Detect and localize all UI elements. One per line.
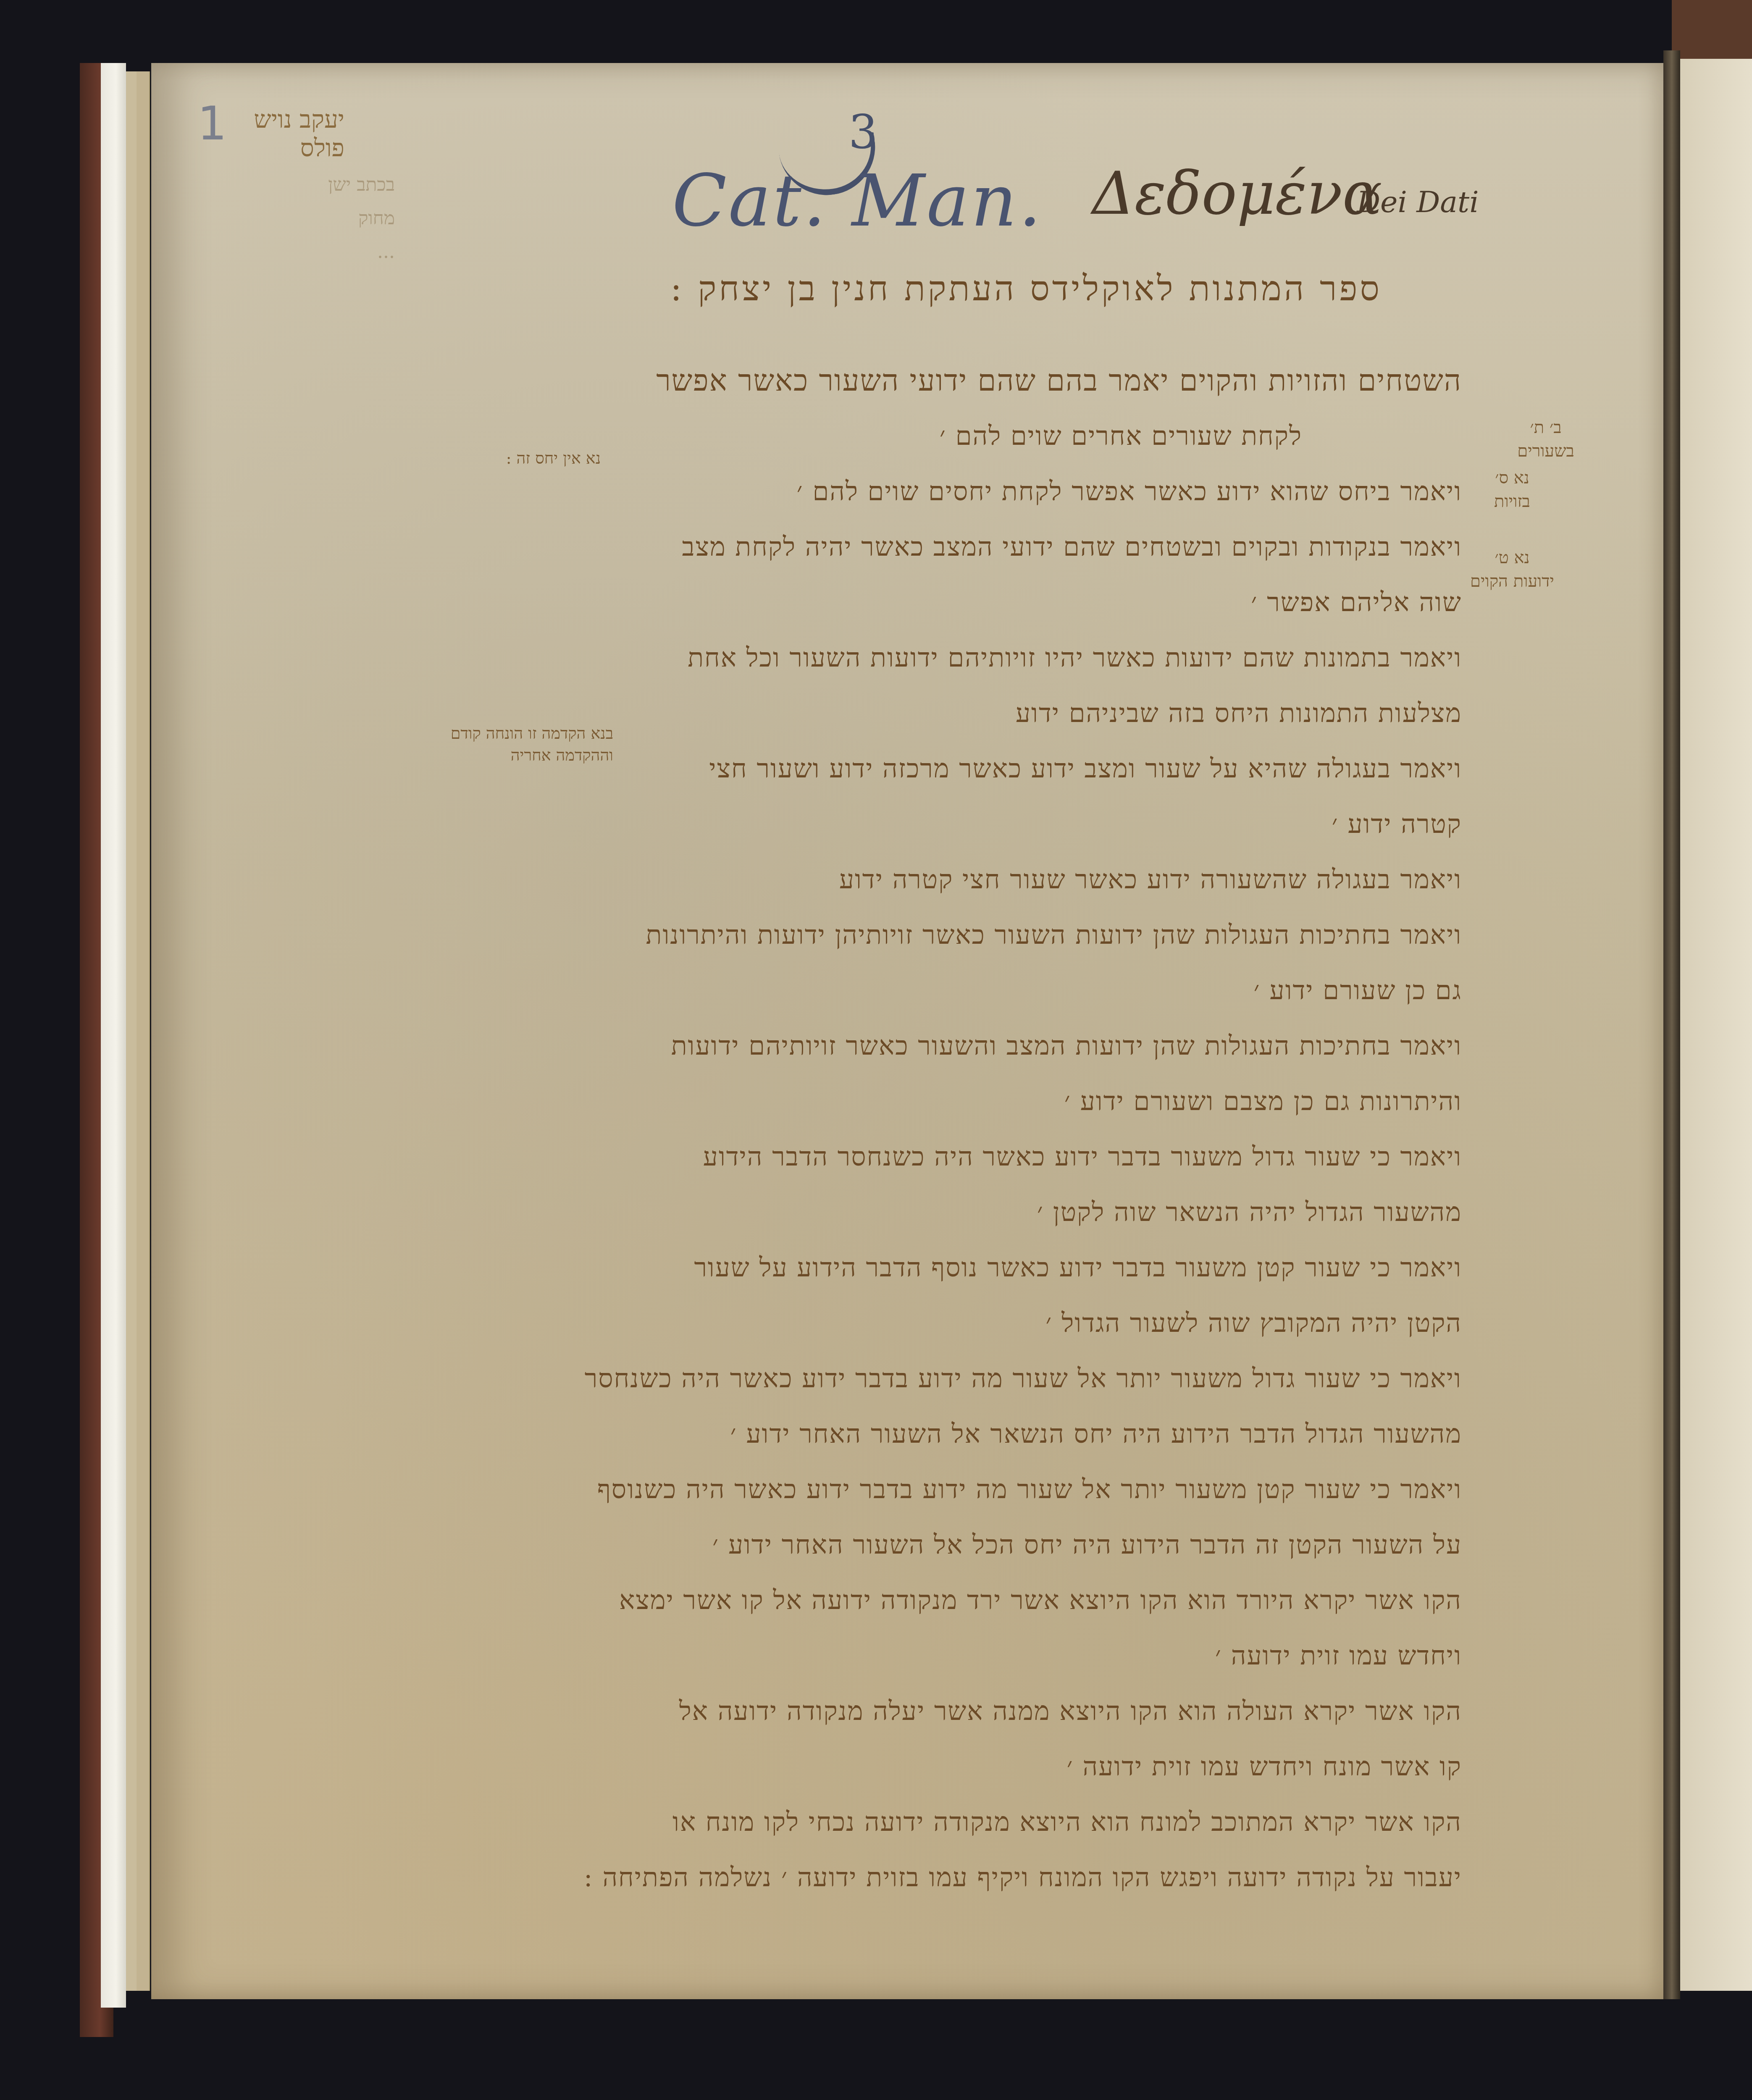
text-line: ויאמר בתמונות שהם ידועות כאשר יהיו זויות…: [601, 630, 1462, 685]
margin-note-line: וההקדמה אחריה: [445, 744, 613, 766]
endpaper: [101, 63, 126, 2008]
book-title: ספר המתנות לאוקלידס העתקת חנין בן יצחק :: [580, 269, 1382, 309]
text-line: ויאמר כי שעור גדול משעור בדבר ידוע כאשר …: [601, 1129, 1462, 1184]
main-text: השטחים והזויות והקוים יאמר בהם שהם ידועי…: [601, 353, 1462, 1905]
text-line: קו אשר מונח ויחדש עמו זוית ידועה ׳: [601, 1739, 1462, 1794]
text-line: ויאמר כי שעור קטן משעור בדבר ידוע כאשר נ…: [601, 1240, 1462, 1295]
margin-note-line: נא ס׳: [1474, 466, 1550, 490]
text-line: יעבור על נקודה ידועה ויפגש הקו המונח ויק…: [601, 1850, 1462, 1905]
text-line: גם כן שעורם ידוע ׳: [601, 963, 1462, 1018]
margin-note-line: נא אין יחס זה :: [475, 447, 601, 469]
text-line: ויאמר בנקודות ובקוים ובשטחים שהם ידועי ה…: [601, 519, 1462, 575]
margin-note-right: נא ס׳ בזויות: [1474, 466, 1550, 513]
text-line: הקו אשר יקרא העולה הוא הקו היוצא ממנה אש…: [601, 1683, 1462, 1739]
text-line: מצלעות התמונות היחס בזה שביניהם ידוע: [601, 685, 1462, 741]
latin-title: Dei Dati: [1357, 185, 1479, 219]
text-line: לקחת שעורים אחרים שוים להם ׳: [601, 408, 1462, 464]
text-line: מהשעור הגדול יהיה הנשאר שוה לקטן ׳: [601, 1184, 1462, 1240]
text-line: ויאמר כי שעור גדול משעור יותר אל שעור מה…: [601, 1351, 1462, 1406]
margin-note-line: בזויות: [1474, 490, 1550, 513]
margin-note-right: ב׳ ת׳ בשעורים: [1512, 416, 1579, 463]
faded-note-line: ...: [218, 235, 395, 269]
margin-note-left: בנא הקדמה זו הונחה קודם וההקדמה אחריה: [445, 722, 613, 766]
faded-note: בכתב ישן מחוק ...: [218, 168, 395, 269]
text-line: קטרה ידוע ׳: [601, 796, 1462, 852]
text-line: ויחדש עמו זוית ידועה ׳: [601, 1628, 1462, 1683]
margin-note-line: נא ט׳: [1462, 546, 1563, 570]
text-line: ויאמר כי שעור קטן משעור יותר אל שעור מה …: [601, 1462, 1462, 1517]
text-line: ויאמר ביחס שהוא ידוע כאשר אפשר לקחת יחסי…: [601, 464, 1462, 519]
faded-note-line: בכתב ישן: [218, 168, 395, 202]
text-line: הקו אשר יקרא היורד הוא הקו היוצא אשר ירד…: [601, 1572, 1462, 1628]
owner-note: יעקב נויש פולס: [218, 105, 344, 162]
text-line: השטחים והזויות והקוים יאמר בהם שהם ידועי…: [601, 353, 1462, 408]
text-line: שוה אליהם אפשר ׳: [601, 575, 1462, 630]
facing-page-edge: [1680, 59, 1752, 1991]
text-line: מהשעור הגדול הדבר הידוע היה יחס הנשאר אל…: [601, 1406, 1462, 1462]
gutter: [1663, 50, 1680, 1999]
margin-note-line: בשעורים: [1512, 439, 1579, 463]
text-line: ויאמר בחתיכות העגולות שהן ידועות השעור כ…: [601, 907, 1462, 963]
text-line: והיתרונות גם כן מצבם ושעורם ידוע ׳: [601, 1074, 1462, 1129]
text-line: הקו אשר יקרא המתוכב למונח הוא היוצא מנקו…: [601, 1794, 1462, 1850]
leaf-edge: [137, 71, 150, 1991]
margin-note-line: ידועות הקוים: [1462, 570, 1563, 593]
text-line: הקטן יהיה המקובץ שוה לשעור הגדול ׳: [601, 1295, 1462, 1351]
shelfmark: Cat. Man.: [672, 160, 1043, 243]
text-line: על השעור הקטן זה הדבר הידוע היה יחס הכל …: [601, 1517, 1462, 1572]
text-line: ויאמר בעגולה שהיא על שעור ומצב ידוע כאשר…: [601, 741, 1462, 796]
text-line: ויאמר בעגולה שהשעורה ידוע כאשר שעור חצי …: [601, 852, 1462, 907]
margin-note-line: ב׳ ת׳: [1512, 416, 1579, 439]
text-line: ויאמר בחתיכות העגולות שהן ידועות המצב וה…: [601, 1018, 1462, 1074]
greek-title: Δεδομένα: [1092, 160, 1382, 228]
margin-note-line: בנא הקדמה זו הונחה קודם: [445, 722, 613, 744]
faded-note-line: מחוק: [218, 202, 395, 235]
margin-note-left: נא אין יחס זה :: [475, 447, 601, 469]
margin-note-right: נא ט׳ ידועות הקוים: [1462, 546, 1563, 593]
